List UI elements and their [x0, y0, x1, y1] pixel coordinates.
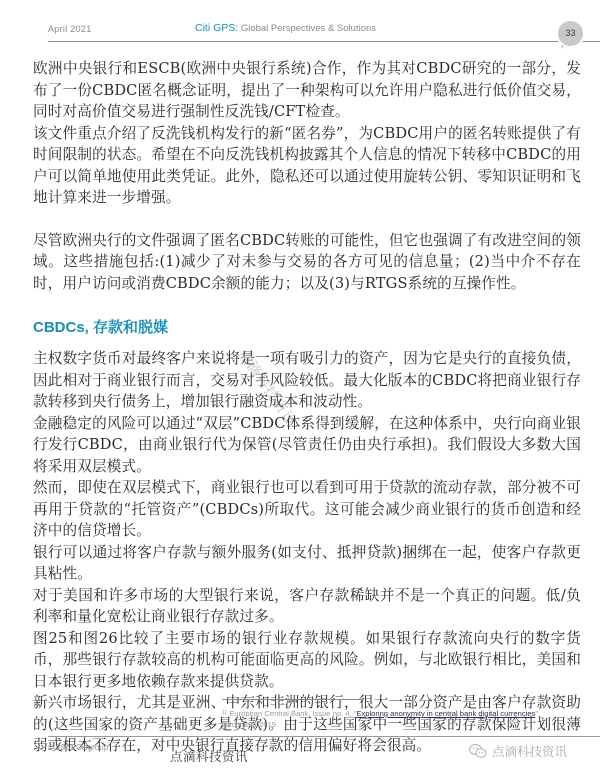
paragraph-improvement-areas: 尽管欧洲央行的文件强调了匿名CBDC转账的可能性，但它也强调了有改进空间的领域。… — [33, 230, 581, 295]
footnote-prefix: European Central Bank, Issue no. 4, “ — [227, 709, 356, 718]
document-body: 欧洲中央银行和ESCB(欧洲中央银行系统)合作，作为其对CBDC研究的一部分，发… — [33, 58, 581, 757]
header-divider — [48, 41, 600, 42]
footnote-link[interactable]: Exploring anonymity in central bank digi… — [356, 709, 535, 718]
header-brand: Citi GPS: — [195, 22, 238, 34]
wechat-account-mark: 点滴科技资讯 — [468, 742, 567, 760]
wechat-account-label: 点滴科技资讯 — [492, 742, 567, 760]
header-subtitle: Global Perspectives & Solutions — [238, 23, 376, 34]
section-heading: CBDCs, 存款和脱媒 — [33, 318, 581, 338]
paragraph-us-banks: 对于美国和许多市场的大型银行来说，客户存款稀缺并不是一个真正的问题。低/负利率和… — [33, 585, 581, 628]
paragraph-figures-comparison: 图25和图26比较了主要市场的银行业存款规模。如果银行存款流向央行的数字货币，那… — [33, 628, 581, 693]
footer-divider — [48, 736, 600, 737]
footnote: 11 European Central Bank, Issue no. 4, “… — [222, 708, 562, 730]
wechat-icon — [468, 743, 488, 759]
footer-watermark-text: 点滴科技资讯 — [170, 747, 248, 765]
paragraph-sticky-deposits: 银行可以通过将客户存款与额外服务(如支付、抵押贷款)捆绑在一起，使客户存款更具粘… — [33, 542, 581, 585]
paragraph-custodial-assets: 然而，即使在双层模式下，商业银行也可以看到可用于贷款的流动存款，部分被不可再用于… — [33, 477, 581, 542]
header-title: Citi GPS: Global Perspectives & Solution… — [195, 22, 376, 34]
page-header: April 2021 Citi GPS: Global Perspectives… — [0, 0, 600, 50]
paragraph-two-tier-model: 金融稳定的风险可以通过“双层”CBDC体系得到缓解，在这种体系中，央行向商业银行… — [33, 413, 581, 478]
paragraph-anonymity-vouchers: 该文件重点介绍了反洗钱机构发行的新“匿名券”，为CBDC用户的匿名转账提供了有时… — [33, 123, 581, 209]
paragraph-sovereign-digital-currency: 主权数字货币对最终客户来说将是一项有吸引力的资产，因为它是央行的直接负债，因此相… — [33, 348, 581, 413]
page-number-badge: 33 — [556, 19, 585, 48]
paragraph-ecb-escb: 欧洲中央银行和ESCB(欧洲中央银行系统)合作，作为其对CBDC研究的一部分，发… — [33, 58, 581, 123]
footer-copyright: © 2021 Citigroup — [48, 743, 108, 752]
footnote-divider — [222, 699, 363, 700]
header-date: April 2021 — [48, 24, 92, 34]
